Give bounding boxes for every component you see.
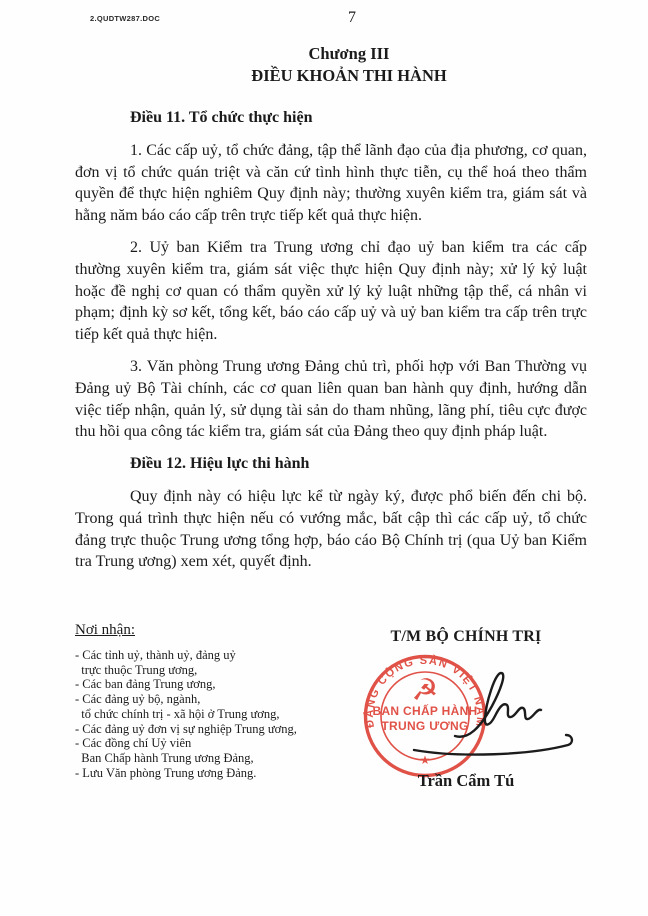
recipient-line: trực thuộc Trung ương, <box>75 663 345 678</box>
recipients-section: Nơi nhận: - Các tỉnh uỷ, thành uỷ, đảng … <box>75 622 345 780</box>
recipient-line: - Các đảng uỷ bộ, ngành, <box>75 692 345 707</box>
recipient-line: - Các đồng chí Uỷ viên <box>75 736 345 751</box>
recipient-line: - Lưu Văn phòng Trung ương Đảng. <box>75 766 345 781</box>
signature-underline <box>414 735 572 755</box>
article-12-paragraph-1: Quy định này có hiệu lực kể từ ngày ký, … <box>75 486 587 573</box>
recipient-line: tổ chức chính trị - xã hội ở Trung ương, <box>75 707 345 722</box>
article-11-paragraph-1: 1. Các cấp uỷ, tổ chức đảng, tập thể lãn… <box>75 140 587 227</box>
recipient-line: - Các đảng uỷ đơn vị sự nghiệp Trung ươn… <box>75 722 345 737</box>
signing-authority: T/M BỘ CHÍNH TRỊ <box>346 628 586 646</box>
recipients-label: Nơi nhận: <box>75 622 345 639</box>
article-12-heading: Điều 12. Hiệu lực thi hành <box>75 453 587 475</box>
chapter-heading: Chương III ĐIỀU KHOẢN THI HÀNH <box>0 43 648 87</box>
chapter-title: ĐIỀU KHOẢN THI HÀNH <box>50 65 648 87</box>
chapter-label: Chương III <box>50 43 648 65</box>
article-11-paragraph-3: 3. Văn phòng Trung ương Đảng chủ trì, ph… <box>75 356 587 443</box>
page-number: 7 <box>0 9 648 27</box>
recipient-line: Ban Chấp hành Trung ương Đảng, <box>75 751 345 766</box>
signer-name: Trần Cẩm Tú <box>346 771 586 791</box>
document-page: 2.QUDTW287.DOC 7 Chương III ĐIỀU KHOẢN T… <box>0 0 648 916</box>
article-11: Điều 11. Tổ chức thực hiện 1. Các cấp uỷ… <box>75 107 587 443</box>
article-11-heading: Điều 11. Tổ chức thực hiện <box>75 107 587 129</box>
handwritten-signature <box>400 658 585 763</box>
signature-block: T/M BỘ CHÍNH TRỊ ĐẢNG CỘNG SẢN VIỆT NAM … <box>346 628 586 828</box>
recipient-line: - Các tỉnh uỷ, thành uỷ, đảng uỷ <box>75 648 345 663</box>
article-11-paragraph-2: 2. Uỷ ban Kiểm tra Trung ương chỉ đạo uỷ… <box>75 237 587 346</box>
recipient-line: - Các ban đảng Trung ương, <box>75 677 345 692</box>
document-body: Điều 11. Tổ chức thực hiện 1. Các cấp uỷ… <box>75 107 587 583</box>
article-12: Điều 12. Hiệu lực thi hành Quy định này … <box>75 453 587 573</box>
signature-scrawl <box>455 673 541 737</box>
